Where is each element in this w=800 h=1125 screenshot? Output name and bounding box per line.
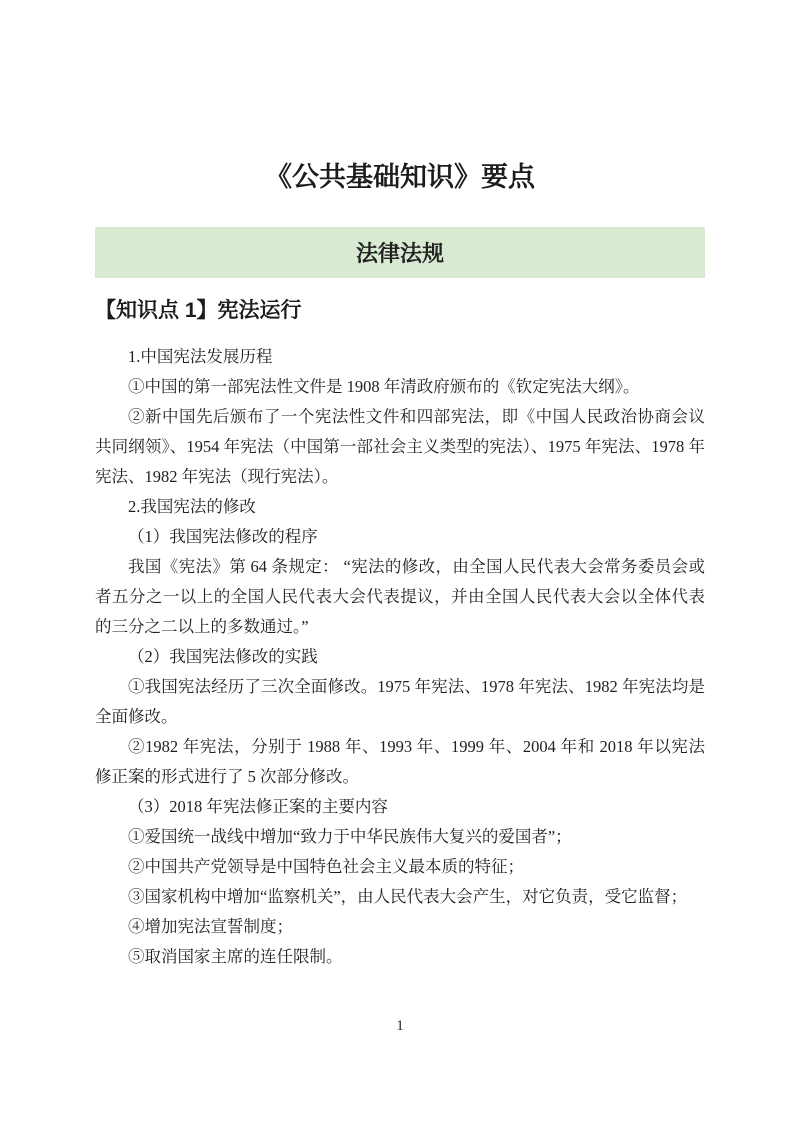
body-paragraph: ②新中国先后颁布了一个宪法性文件和四部宪法，即《中国人民政治协商会议共同纲领》、… — [95, 402, 705, 492]
body-paragraph: （1）我国宪法修改的程序 — [95, 522, 705, 552]
body-paragraph: ①爱国统一战线中增加“致力于中华民族伟大复兴的爱国者”； — [95, 822, 705, 852]
body-paragraph: 2.我国宪法的修改 — [95, 492, 705, 522]
page-number: 1 — [0, 1018, 800, 1035]
body-paragraphs: 1.中国宪法发展历程①中国的第一部宪法性文件是 1908 年清政府颁布的《钦定宪… — [95, 342, 705, 972]
body-paragraph: 我国《宪法》第 64 条规定： “宪法的修改，由全国人民代表大会常务委员会或者五… — [95, 552, 705, 642]
body-paragraph: 1.中国宪法发展历程 — [95, 342, 705, 372]
page-title: 《公共基础知识》要点 — [95, 158, 705, 196]
body-paragraph: ③国家机构中增加“监察机关”，由人民代表大会产生，对它负责，受它监督； — [95, 882, 705, 912]
section-banner-label: 法律法规 — [356, 237, 444, 268]
body-paragraph: ①中国的第一部宪法性文件是 1908 年清政府颁布的《钦定宪法大纲》。 — [95, 372, 705, 402]
section-banner: 法律法规 — [95, 227, 705, 278]
body-paragraph: ①我国宪法经历了三次全面修改。1975 年宪法、1978 年宪法、1982 年宪… — [95, 672, 705, 732]
body-paragraph: ④增加宪法宣誓制度； — [95, 912, 705, 942]
body-paragraph: ②1982 年宪法，分别于 1988 年、1993 年、1999 年、2004 … — [95, 732, 705, 792]
body-paragraph: ②中国共产党领导是中国特色社会主义最本质的特征； — [95, 852, 705, 882]
body-paragraph: （3）2018 年宪法修正案的主要内容 — [95, 792, 705, 822]
body-paragraph: （2）我国宪法修改的实践 — [95, 642, 705, 672]
body-paragraph: ⑤取消国家主席的连任限制。 — [95, 942, 705, 972]
knowledge-point-heading: 【知识点 1】宪法运行 — [95, 296, 705, 326]
